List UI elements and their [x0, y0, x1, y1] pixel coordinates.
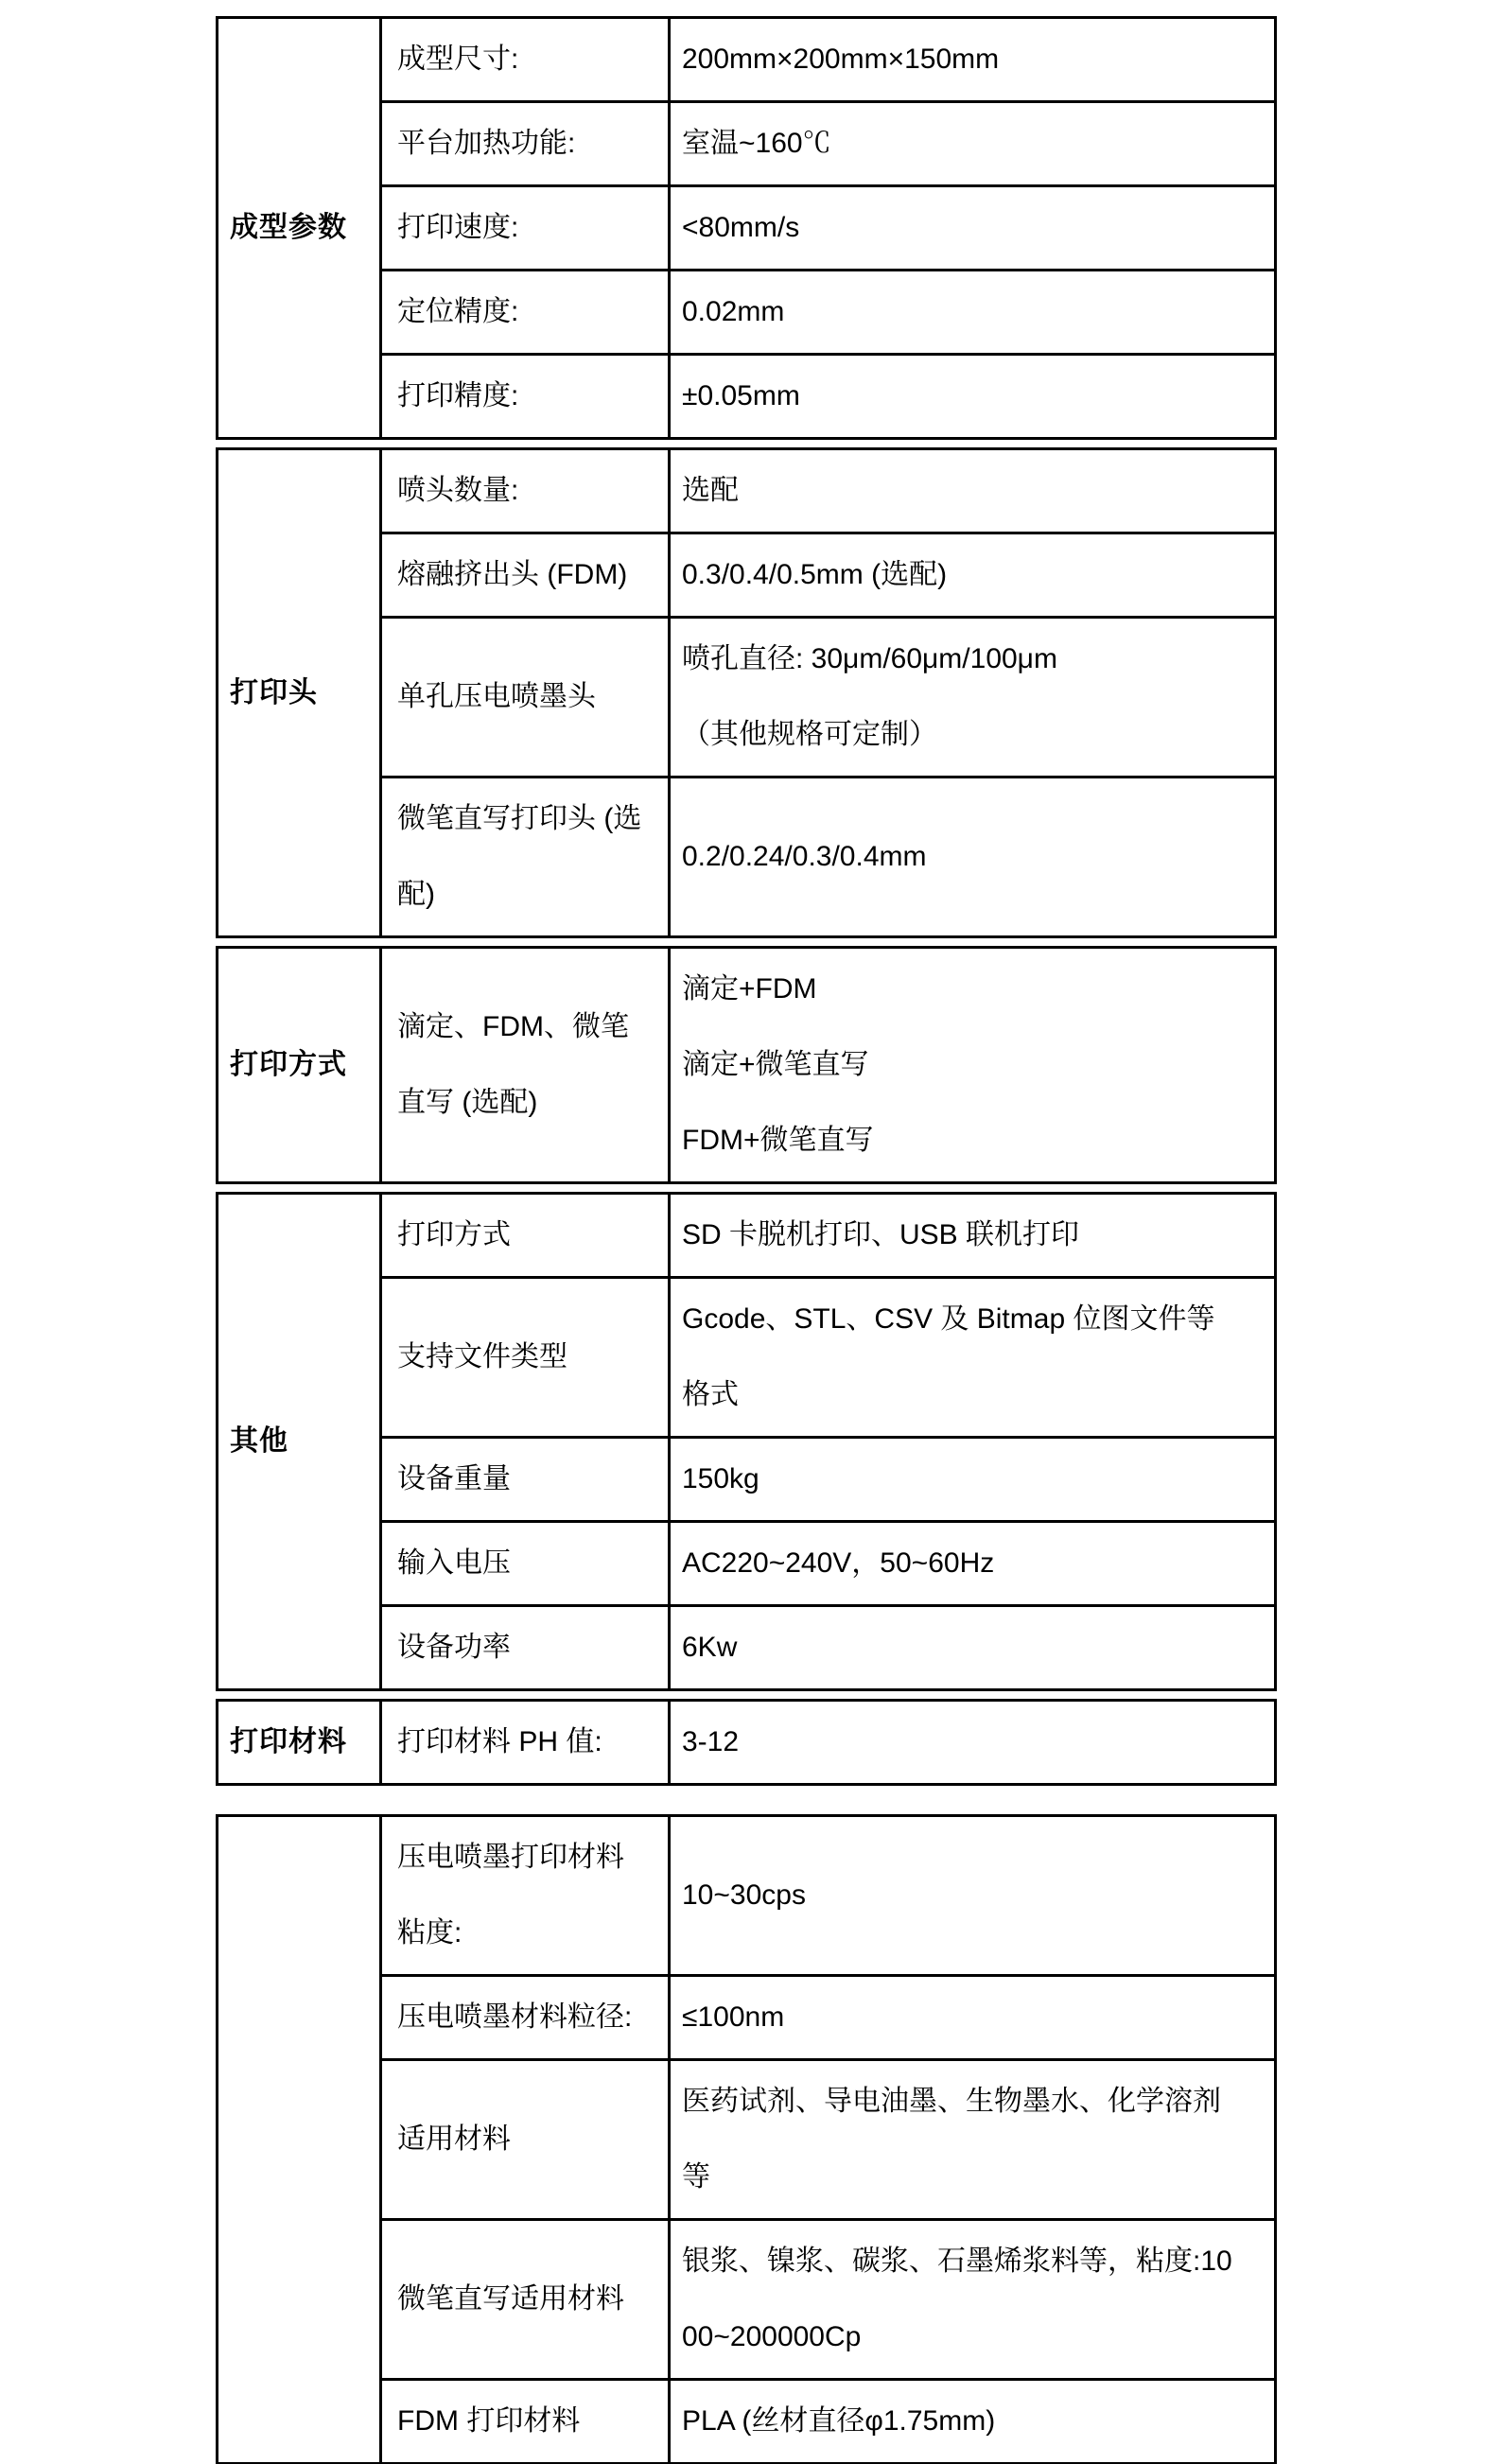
category-cell: [218, 1816, 381, 2464]
param-label-cell: 微笔直写打印头 (选配): [381, 778, 670, 937]
category-cell: 打印方式: [218, 948, 381, 1183]
category-label: 打印方式: [230, 1027, 375, 1103]
spec-table: 成型参数成型尺寸:200mm×200mm×150mm平台加热功能:室温~160℃…: [0, 0, 1501, 2464]
param-label-line: 压电喷墨材料粒径:: [397, 1980, 662, 2055]
param-value-cell: <80mm/s: [670, 186, 1276, 271]
param-label-line: 配): [397, 857, 662, 933]
spec-section: 其他打印方式SD 卡脱机打印、USB 联机打印支持文件类型Gcode、STL、C…: [216, 1192, 1277, 1691]
param-label-line: 单孔压电喷墨头: [397, 659, 662, 735]
category-cell: 打印头: [218, 449, 381, 937]
category-cell: 成型参数: [218, 18, 381, 439]
param-value-cell: 200mm×200mm×150mm: [670, 18, 1276, 102]
spec-section: 打印方式滴定、FDM、微笔直写 (选配)滴定+FDM滴定+微笔直写FDM+微笔直…: [216, 946, 1277, 1184]
param-value-line: 滴定+FDM: [682, 952, 1249, 1027]
table-row: 其他打印方式SD 卡脱机打印、USB 联机打印: [218, 1194, 1276, 1278]
param-value-line: Gcode、STL、CSV 及 Bitmap 位图文件等: [682, 1282, 1249, 1357]
param-label-line: 输入电压: [397, 1526, 662, 1601]
param-label-cell: 压电喷墨打印材料粘度:: [381, 1816, 670, 1976]
param-label-cell: FDM 打印材料: [381, 2380, 670, 2464]
table-row: 打印方式滴定、FDM、微笔直写 (选配)滴定+FDM滴定+微笔直写FDM+微笔直…: [218, 948, 1276, 1183]
param-value-line: 喷孔直径: 30μm/60μm/100μm: [682, 621, 1249, 697]
param-label-line: 定位精度:: [397, 274, 662, 350]
param-value-line: 00~200000Cp: [682, 2299, 1249, 2375]
param-value-line: 10~30cps: [682, 1858, 1249, 1933]
param-label-cell: 适用材料: [381, 2060, 670, 2220]
param-label-cell: 设备重量: [381, 1438, 670, 1522]
param-label-cell: 打印方式: [381, 1194, 670, 1278]
param-label-cell: 设备功率: [381, 1606, 670, 1690]
param-value-line: 格式: [682, 1357, 1249, 1433]
param-value-line: 银浆、镍浆、碳浆、石墨烯浆料等，粘度:10: [682, 2224, 1249, 2299]
param-value-line: 0.3/0.4/0.5mm (选配): [682, 537, 1249, 613]
param-label-line: 直写 (选配): [397, 1065, 662, 1141]
param-value-line: 等: [682, 2140, 1249, 2215]
param-value-line: SD 卡脱机打印、USB 联机打印: [682, 1197, 1249, 1273]
param-value-cell: 0.02mm: [670, 271, 1276, 355]
param-value-line: 室温~160℃: [682, 106, 1249, 182]
param-label-line: 打印精度:: [397, 358, 662, 434]
param-value-line: 200mm×200mm×150mm: [682, 22, 1249, 97]
param-label-line: 支持文件类型: [397, 1319, 662, 1395]
param-value-line: ≤100nm: [682, 1980, 1249, 2055]
param-value-line: 150kg: [682, 1442, 1249, 1517]
param-value-cell: 3-12: [670, 1701, 1276, 1785]
param-label-line: 微笔直写打印头 (选: [397, 781, 662, 857]
param-label-line: 打印方式: [397, 1197, 662, 1273]
param-label-line: 压电喷墨打印材料: [397, 1820, 662, 1896]
param-label-line: 微笔直写适用材料: [397, 2262, 662, 2337]
param-label-cell: 打印精度:: [381, 355, 670, 439]
param-value-line: 6Kw: [682, 1610, 1249, 1686]
param-value-cell: 10~30cps: [670, 1816, 1276, 1976]
table-row: 打印材料打印材料 PH 值:3-12: [218, 1701, 1276, 1785]
param-value-cell: 银浆、镍浆、碳浆、石墨烯浆料等，粘度:1000~200000Cp: [670, 2220, 1276, 2380]
param-value-cell: SD 卡脱机打印、USB 联机打印: [670, 1194, 1276, 1278]
param-value-cell: ≤100nm: [670, 1976, 1276, 2060]
category-cell: 其他: [218, 1194, 381, 1690]
param-value-line: 医药试剂、导电油墨、生物墨水、化学溶剂: [682, 2064, 1249, 2140]
param-value-line: 0.02mm: [682, 274, 1249, 350]
param-label-line: 打印速度:: [397, 190, 662, 266]
param-label-line: 成型尺寸:: [397, 22, 662, 97]
param-label-cell: 平台加热功能:: [381, 102, 670, 186]
param-label-cell: 单孔压电喷墨头: [381, 618, 670, 778]
category-label: 打印材料: [230, 1704, 375, 1780]
param-label-line: 平台加热功能:: [397, 106, 662, 182]
param-value-line: （其他规格可定制）: [682, 697, 1249, 773]
param-value-line: 3-12: [682, 1704, 1249, 1780]
table-row: 成型参数成型尺寸:200mm×200mm×150mm: [218, 18, 1276, 102]
param-value-line: AC220~240V，50~60Hz: [682, 1526, 1249, 1601]
param-label-line: 设备重量: [397, 1442, 662, 1517]
param-value-cell: 医药试剂、导电油墨、生物墨水、化学溶剂等: [670, 2060, 1276, 2220]
param-label-cell: 压电喷墨材料粒径:: [381, 1976, 670, 2060]
param-label-line: 打印材料 PH 值:: [397, 1704, 662, 1780]
category-label: 其他: [230, 1404, 375, 1479]
param-value-cell: PLA (丝材直径φ1.75mm): [670, 2380, 1276, 2464]
table-row: 压电喷墨打印材料粘度:10~30cps: [218, 1816, 1276, 1976]
param-value-line: 0.2/0.24/0.3/0.4mm: [682, 819, 1249, 895]
param-label-cell: 成型尺寸:: [381, 18, 670, 102]
param-label-line: 设备功率: [397, 1610, 662, 1686]
spec-section: 打印头喷头数量:选配熔融挤出头 (FDM)0.3/0.4/0.5mm (选配)单…: [216, 447, 1277, 938]
param-value-cell: Gcode、STL、CSV 及 Bitmap 位图文件等格式: [670, 1278, 1276, 1438]
param-value-cell: 室温~160℃: [670, 102, 1276, 186]
param-value-cell: 0.2/0.24/0.3/0.4mm: [670, 778, 1276, 937]
spec-section: 压电喷墨打印材料粘度:10~30cps压电喷墨材料粒径:≤100nm适用材料医药…: [216, 1814, 1277, 2464]
param-value-cell: 选配: [670, 449, 1276, 533]
param-label-cell: 打印材料 PH 值:: [381, 1701, 670, 1785]
table-row: 打印头喷头数量:选配: [218, 449, 1276, 533]
param-label-cell: 输入电压: [381, 1522, 670, 1606]
param-value-line: <80mm/s: [682, 190, 1249, 266]
param-value-line: 滴定+微笔直写: [682, 1027, 1249, 1103]
param-label-line: 熔融挤出头 (FDM): [397, 537, 662, 613]
param-value-cell: 喷孔直径: 30μm/60μm/100μm（其他规格可定制）: [670, 618, 1276, 778]
param-label-cell: 定位精度:: [381, 271, 670, 355]
param-value-cell: 6Kw: [670, 1606, 1276, 1690]
param-value-line: FDM+微笔直写: [682, 1103, 1249, 1179]
spec-section: 打印材料打印材料 PH 值:3-12: [216, 1699, 1277, 1786]
param-value-cell: ±0.05mm: [670, 355, 1276, 439]
param-value-cell: 0.3/0.4/0.5mm (选配): [670, 533, 1276, 618]
param-value-cell: 150kg: [670, 1438, 1276, 1522]
param-label-cell: 打印速度:: [381, 186, 670, 271]
param-label-cell: 喷头数量:: [381, 449, 670, 533]
category-label: 打印头: [230, 655, 375, 731]
param-value-line: ±0.05mm: [682, 358, 1249, 434]
param-label-line: 粘度:: [397, 1896, 662, 1971]
param-label-line: 喷头数量:: [397, 453, 662, 529]
param-label-line: 适用材料: [397, 2102, 662, 2177]
param-value-cell: 滴定+FDM滴定+微笔直写FDM+微笔直写: [670, 948, 1276, 1183]
category-cell: 打印材料: [218, 1701, 381, 1785]
param-label-cell: 滴定、FDM、微笔直写 (选配): [381, 948, 670, 1183]
spec-section: 成型参数成型尺寸:200mm×200mm×150mm平台加热功能:室温~160℃…: [216, 16, 1277, 440]
param-value-line: 选配: [682, 453, 1249, 529]
param-label-cell: 熔融挤出头 (FDM): [381, 533, 670, 618]
param-label-line: 滴定、FDM、微笔: [397, 989, 662, 1065]
category-label: 成型参数: [230, 190, 375, 266]
param-label-cell: 支持文件类型: [381, 1278, 670, 1438]
param-label-line: FDM 打印材料: [397, 2384, 662, 2459]
param-value-line: PLA (丝材直径φ1.75mm): [682, 2384, 1249, 2459]
param-value-cell: AC220~240V，50~60Hz: [670, 1522, 1276, 1606]
param-label-cell: 微笔直写适用材料: [381, 2220, 670, 2380]
